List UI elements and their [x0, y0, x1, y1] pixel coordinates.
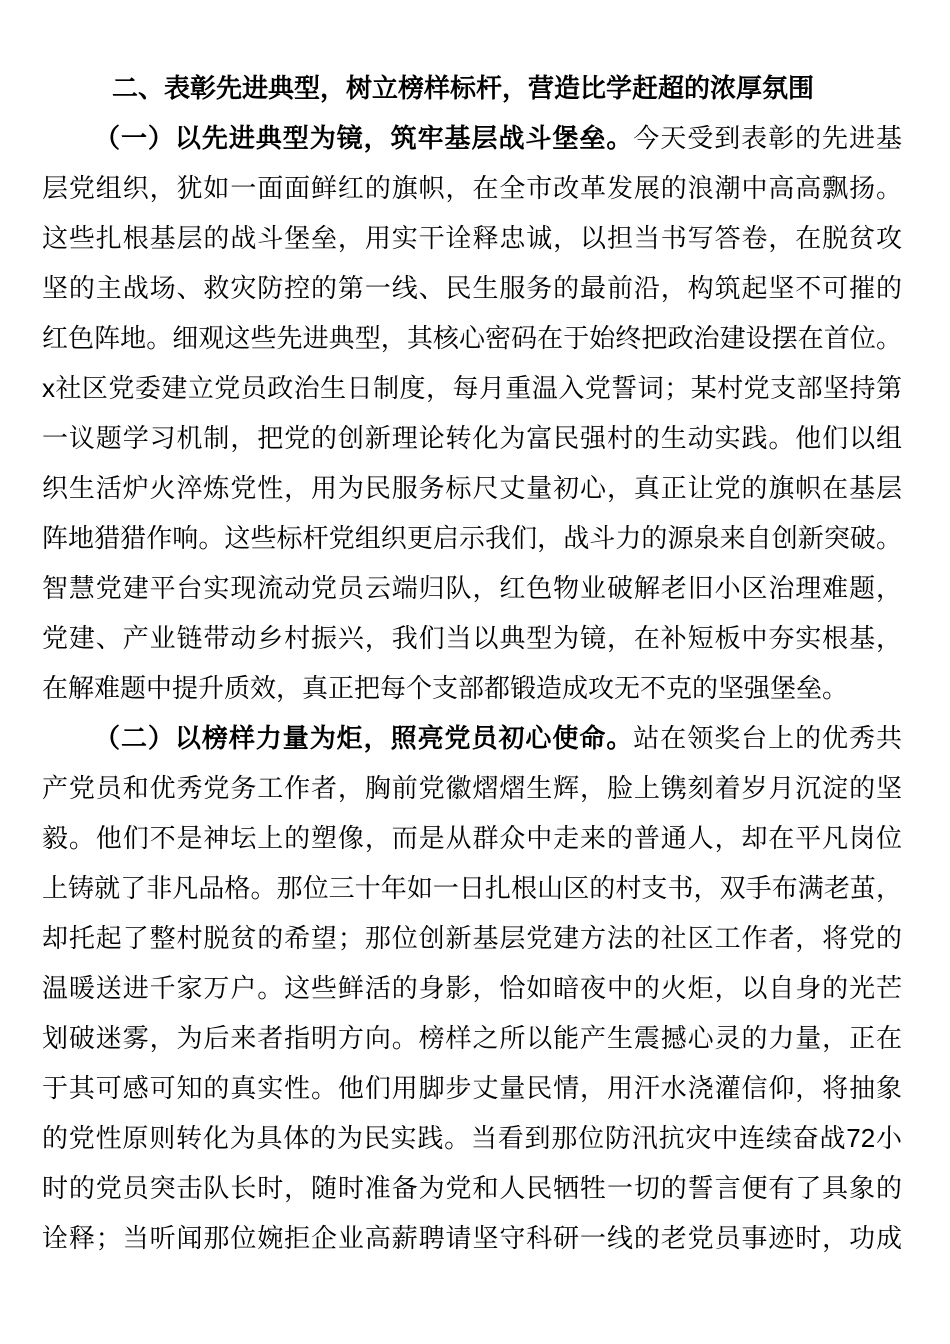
document-page: 二、表彰先进典型，树立榜样标杆，营造比学赶超的浓厚氛围（一）以先进典型为镜，筑牢…: [0, 0, 950, 1344]
text-line: 上铸就了非凡品格。那位三十年如一日扎根山区的村支书，双手布满老茧，: [42, 863, 902, 913]
text-line: 温暖送进千家万户。这些鲜活的身影，恰如暗夜中的火炬，以自身的光芒: [42, 963, 902, 1013]
text-line: 党建、产业链带动乡村振兴，我们当以典型为镜，在补短板中夯实根基，: [42, 613, 902, 663]
text-line: 毅。他们不是神坛上的塑像，而是从群众中走来的普通人，却在平凡岗位: [42, 813, 902, 863]
text-line: 于其可感可知的真实性。他们用脚步丈量民情，用汗水浇灌信仰，将抽象: [42, 1063, 902, 1113]
text-line: x社区党委建立党员政治生日制度，每月重温入党誓词；某村党支部坚持第: [42, 363, 902, 413]
text-line: 产党员和优秀党务工作者，胸前党徽熠熠生辉，脸上镌刻着岁月沉淀的坚: [42, 763, 902, 813]
text-line: 却托起了整村脱贫的希望；那位创新基层党建方法的社区工作者，将党的: [42, 913, 902, 963]
heading-text: 二、表彰先进典型，树立榜样标杆，营造比学赶超的浓厚氛围: [112, 73, 814, 103]
text-line: 层党组织，犹如一面面鲜红的旗帜，在全市改革发展的浪潮中高高飘扬。: [42, 163, 902, 213]
text-line: 在解难题中提升质效，真正把每个支部都锻造成攻无不克的坚强堡垒。: [42, 663, 902, 713]
text-line: （一）以先进典型为镜，筑牢基层战斗堡垒。今天受到表彰的先进基: [42, 113, 902, 163]
document-body: 二、表彰先进典型，树立榜样标杆，营造比学赶超的浓厚氛围（一）以先进典型为镜，筑牢…: [42, 63, 902, 1263]
text-line: （二）以榜样力量为炬，照亮党员初心使命。站在领奖台上的优秀共: [42, 713, 902, 763]
section-heading: 二、表彰先进典型，树立榜样标杆，营造比学赶超的浓厚氛围: [42, 63, 902, 113]
text-line: 时的党员突击队长时，随时准备为党和人民牺牲一切的誓言便有了具象的: [42, 1163, 902, 1213]
text-line: 红色阵地。细观这些先进典型，其核心密码在于始终把政治建设摆在首位。: [42, 313, 902, 363]
text-line: 诠释；当听闻那位婉拒企业高薪聘请坚守科研一线的老党员事迹时，功成: [42, 1213, 902, 1263]
text-line: 阵地猎猎作响。这些标杆党组织更启示我们，战斗力的源泉来自创新突破。: [42, 513, 902, 563]
text-line: 这些扎根基层的战斗堡垒，用实干诠释忠诚，以担当书写答卷，在脱贫攻: [42, 213, 902, 263]
text-line: 智慧党建平台实现流动党员云端归队，红色物业破解老旧小区治理难题，: [42, 563, 902, 613]
text-line: 一议题学习机制，把党的创新理论转化为富民强村的生动实践。他们以组: [42, 413, 902, 463]
paragraph-lead-bold: （二）以榜样力量为炬，照亮党员初心使命。: [94, 723, 633, 753]
text-line: 划破迷雾，为后来者指明方向。榜样之所以能产生震撼心灵的力量，正在: [42, 1013, 902, 1063]
text-line: 坚的主战场、救灾防控的第一线、民生服务的最前沿，构筑起坚不可摧的: [42, 263, 902, 313]
text-line: 织生活炉火淬炼党性，用为民服务标尺丈量初心，真正让党的旗帜在基层: [42, 463, 902, 513]
paragraph-lead-bold: （一）以先进典型为镜，筑牢基层战斗堡垒。: [94, 123, 633, 153]
text-line: 的党性原则转化为具体的为民实践。当看到那位防汛抗灾中连续奋战72小: [42, 1113, 902, 1163]
